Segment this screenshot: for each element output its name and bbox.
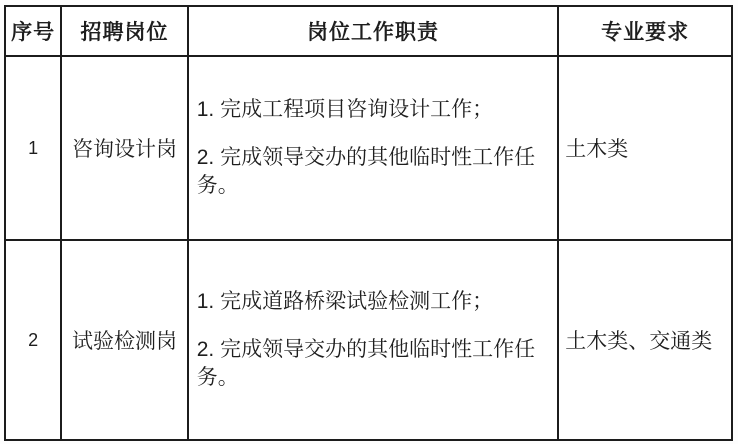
serial-number-cell: 2	[5, 240, 61, 440]
duty-item: 1. 完成道路桥梁试验检测工作；	[197, 288, 554, 316]
major-requirement-cell: 土木类	[558, 56, 732, 240]
serial-number-cell: 1	[5, 56, 61, 240]
job-duties-cell: 1. 完成道路桥梁试验检测工作； 2. 完成领导交办的其他临时性工作任务。	[188, 240, 559, 440]
major-requirement-cell: 土木类、交通类	[558, 240, 732, 440]
header-job-duties: 岗位工作职责	[188, 6, 559, 56]
table-row: 2 试验检测岗 1. 完成道路桥梁试验检测工作； 2. 完成领导交办的其他临时性…	[5, 240, 732, 440]
header-major-requirements: 专业要求	[558, 6, 732, 56]
duty-item: 1. 完成工程项目咨询设计工作；	[197, 96, 554, 124]
recruitment-positions-table: 序号 招聘岗位 岗位工作职责 专业要求 1 咨询设计岗 1. 完成工程项目咨询设…	[4, 5, 733, 441]
table-row: 1 咨询设计岗 1. 完成工程项目咨询设计工作； 2. 完成领导交办的其他临时性…	[5, 56, 732, 240]
job-duties-cell: 1. 完成工程项目咨询设计工作； 2. 完成领导交办的其他临时性工作任务。	[188, 56, 559, 240]
header-recruitment-position: 招聘岗位	[61, 6, 188, 56]
position-name-cell: 咨询设计岗	[61, 56, 188, 240]
position-name-cell: 试验检测岗	[61, 240, 188, 440]
header-serial-number: 序号	[5, 6, 61, 56]
duty-item: 2. 完成领导交办的其他临时性工作任务。	[197, 144, 554, 200]
table-header-row: 序号 招聘岗位 岗位工作职责 专业要求	[5, 6, 732, 56]
duty-item: 2. 完成领导交办的其他临时性工作任务。	[197, 336, 554, 392]
